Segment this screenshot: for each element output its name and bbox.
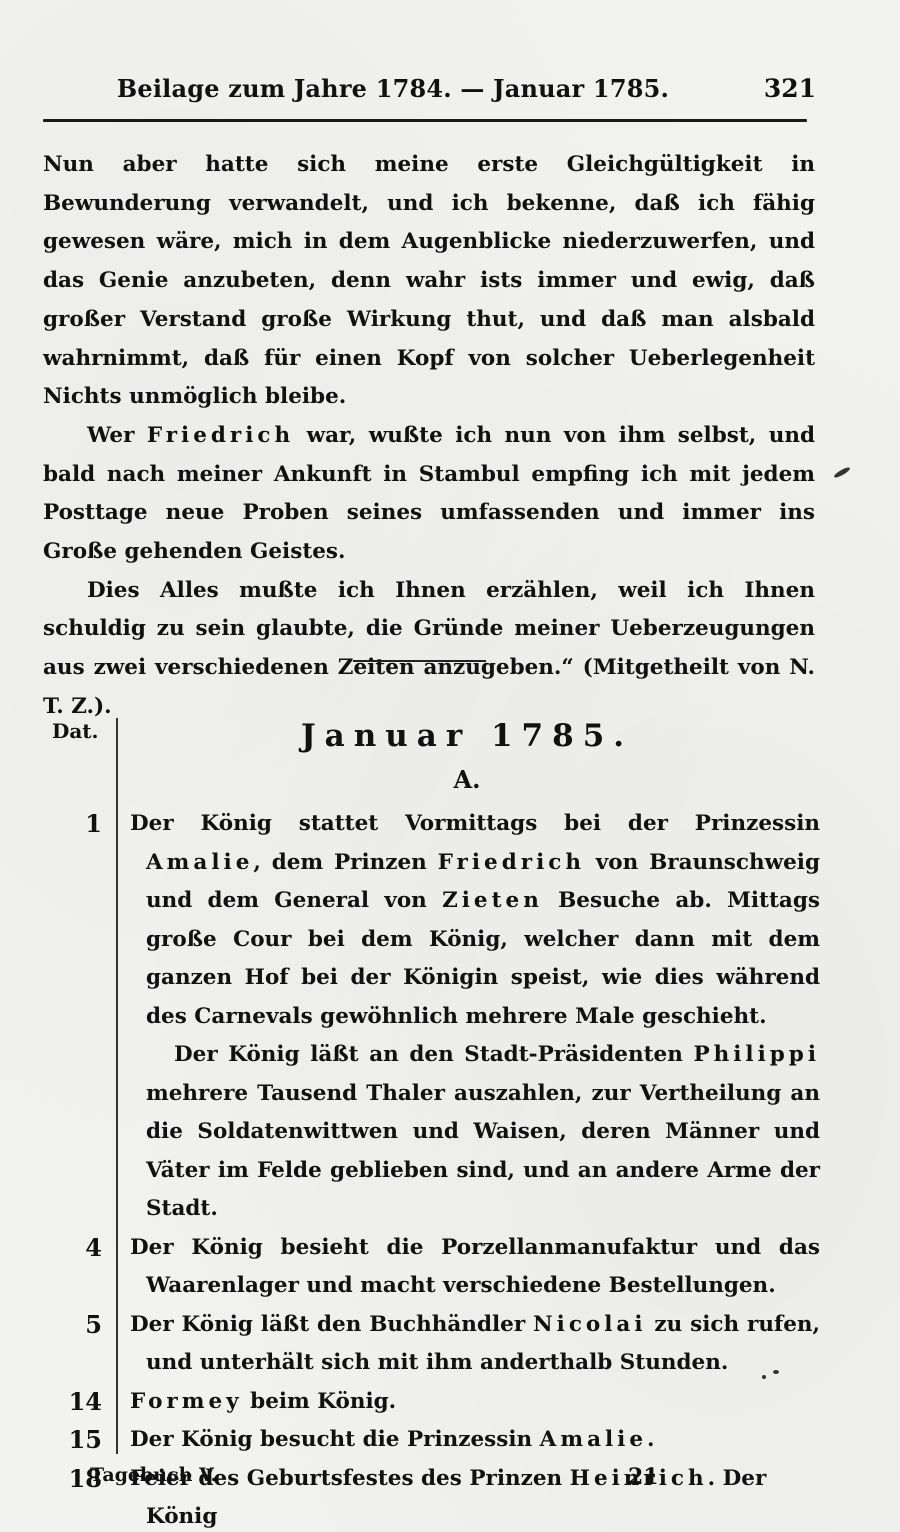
emphasized-name: Amalie xyxy=(540,1427,647,1452)
entry-text-run: . xyxy=(647,1427,655,1452)
entry-paragraph: Der König besucht die Prinzessin Amalie. xyxy=(130,1421,820,1460)
emphasized-name: Friedrich xyxy=(147,423,294,448)
entry-paragraph: Der König stattet Vormittags bei der Pri… xyxy=(130,805,820,1036)
entry-text-run: Der König besucht die Prinzessin xyxy=(130,1427,540,1452)
sheet-number: 21 xyxy=(628,1464,659,1490)
entry-day: 1 xyxy=(42,805,102,844)
diary-entry: 1 Der König stattet Vormittags bei der P… xyxy=(0,805,900,1229)
stray-ink-mark xyxy=(773,1370,779,1374)
emphasized-name: Amalie xyxy=(146,850,253,875)
entry-text-run: Der König läßt den Buchhändler xyxy=(130,1312,533,1337)
emphasized-name: Nicolai xyxy=(533,1312,647,1337)
emphasized-name: Formey xyxy=(130,1389,243,1414)
entry-text-run: mehrere Tausend Thaler auszahlen, zur Ve… xyxy=(146,1081,820,1222)
emphasized-name: Philippi xyxy=(693,1042,820,1067)
entry-text-run: Der König stattet Vormittags bei der Pri… xyxy=(130,811,820,836)
letter-prose: Nun aber hatte sich meine erste Gleichgü… xyxy=(43,146,815,727)
diary-entry: 5 Der König läßt den Buchhändler Nicolai… xyxy=(0,1306,900,1383)
section-heading: A. xyxy=(117,765,817,794)
diary-entry: 15 Der König besucht die Prinzessin Amal… xyxy=(0,1421,900,1460)
entry-text: Der König besieht die Porzellanmanufaktu… xyxy=(130,1229,820,1306)
diary-entry: 14 Formey beim König. xyxy=(0,1383,900,1422)
entry-paragraph: Der König läßt den Buchhändler Nicolai z… xyxy=(130,1306,820,1383)
entry-day: 5 xyxy=(42,1306,102,1345)
emphasized-name: Zieten xyxy=(442,888,543,913)
running-head: Beilage zum Jahre 1784. — Januar 1785. 3… xyxy=(43,70,816,110)
entry-paragraph: Der König läßt an den Stadt-Präsidenten … xyxy=(130,1036,820,1229)
signature-mark: Tagebuch V. xyxy=(90,1464,217,1486)
month-heading: Januar 1785. xyxy=(117,718,817,754)
stray-ink-mark xyxy=(762,1375,766,1379)
header-rule xyxy=(43,119,807,122)
prose-paragraph: Dies Alles mußte ich Ihnen erzählen, wei… xyxy=(43,572,815,727)
entry-text-run: beim König. xyxy=(243,1389,396,1414)
entry-text-run: Der König läßt an den Stadt-Präsidenten xyxy=(174,1042,693,1067)
book-page: Beilage zum Jahre 1784. — Januar 1785. 3… xyxy=(0,0,900,1532)
prose-paragraph: Nun aber hatte sich meine erste Gleichgü… xyxy=(43,146,815,417)
diary-entries: 1 Der König stattet Vormittags bei der P… xyxy=(0,805,900,1532)
entry-day: 4 xyxy=(42,1229,102,1268)
entry-day: 14 xyxy=(42,1383,102,1422)
entry-paragraph: Der König besieht die Porzellanmanufaktu… xyxy=(130,1229,820,1306)
entry-text: Der König stattet Vormittags bei der Pri… xyxy=(130,805,820,1229)
entry-text: Formey beim König. xyxy=(130,1383,820,1422)
prose-paragraph: Wer Friedrich war, wußte ich nun von ihm… xyxy=(43,417,815,572)
page-footer: Tagebuch V. 21 xyxy=(90,1464,790,1494)
entry-paragraph: Formey beim König. xyxy=(130,1383,820,1422)
date-column-label: Dat. xyxy=(52,719,99,743)
entry-text-run: , dem Prinzen xyxy=(253,850,437,875)
diary-entry: 4 Der König besieht die Porzellanmanufak… xyxy=(0,1229,900,1306)
entry-day: 15 xyxy=(42,1421,102,1460)
entry-text: Der König besucht die Prinzessin Amalie. xyxy=(130,1421,820,1460)
entry-text: Der König läßt den Buchhändler Nicolai z… xyxy=(130,1306,820,1383)
stray-ink-mark xyxy=(833,466,851,479)
running-head-title: Beilage zum Jahre 1784. — Januar 1785. xyxy=(43,74,743,103)
emphasized-name: Friedrich xyxy=(438,850,585,875)
page-number: 321 xyxy=(764,74,816,103)
section-separator-rule xyxy=(353,660,486,662)
prose-text: Wer xyxy=(87,423,147,448)
